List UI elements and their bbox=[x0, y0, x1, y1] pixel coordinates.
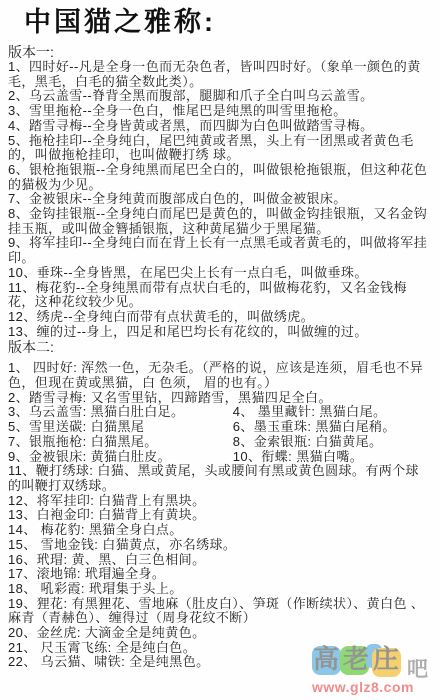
version1-section: 版本一: 1、四时好--凡是全身一色而无杂色者，皆叫四时好。（象单一颜色的黄毛，… bbox=[8, 44, 432, 339]
list-item: 13、缠的过--身上，四足和尾巴均长有花纹的，叫做缠的过。 bbox=[8, 325, 432, 340]
list-item: 3、乌云盖雪: 黑猫白肚白足。 bbox=[8, 405, 233, 420]
list-item-pair: 9、金被银床: 黄猫白肚皮。 10、衔蝶: 黑猫白嘴。 bbox=[8, 450, 432, 465]
list-item: 4、 墨里藏针: 黑猫白尾。 bbox=[233, 405, 432, 420]
list-item: 14、 梅花豹: 黑猫全身白点。 bbox=[8, 523, 432, 538]
watermark-logo-char: 庄 bbox=[373, 644, 403, 674]
list-item: 11、梅花豹--全身纯黑而带有点状白毛的，叫做梅花豹，又名金钱梅花，这种花纹较少… bbox=[8, 281, 432, 310]
list-item-pair: 5、雪里送碳: 白猫黑尾 6、墨玉重珠: 黑猫白尾稍。 bbox=[8, 420, 432, 435]
list-item: 11、鞭打绣球: 白猫、黑或黄尾，头或腰间有黑或黄色圆球。有两个球的叫鞭打双绣球… bbox=[8, 464, 432, 493]
watermark-logo-char: 高 bbox=[313, 644, 343, 674]
list-item: 12、绣虎--全身纯白而带有点状黄毛的，叫做绣虎。 bbox=[8, 310, 432, 325]
list-item: 13、白袍金印: 白猫背上有黄块。 bbox=[8, 508, 432, 523]
list-item: 4、踏雪寻梅--全身皆黄或者黑，而四脚为白色叫做踏雪寻梅。 bbox=[8, 119, 432, 134]
list-item: 1、 四时好: 浑然一色，无杂毛。（严格的说，应该是连须，眉毛也不异色，但现在黄… bbox=[8, 361, 432, 390]
list-item: 7、银瓶拖枪: 白猫黑尾。 bbox=[8, 435, 233, 450]
version1-heading: 版本一: bbox=[8, 44, 432, 60]
list-item: 2、踏雪寻梅: 又名雪里钻，四蹄踏雪，黑猫四足全白。 bbox=[8, 391, 432, 406]
list-item: 17、滚地锦: 玳瑁遍全身。 bbox=[8, 567, 432, 582]
list-item: 18、 吼彩霞: 玳瑁集于头上。 bbox=[8, 582, 432, 597]
site-watermark: 高老庄 吧 www.glz8.com bbox=[312, 643, 436, 697]
list-item: 6、墨玉重珠: 黑猫白尾稍。 bbox=[233, 420, 432, 435]
list-item: 3、雪里拖枪--全身一色白，惟尾巴是纯黑的叫雪里拖枪。 bbox=[8, 104, 432, 119]
watermark-logo-text: 高老庄 bbox=[313, 644, 403, 674]
list-item: 6、银枪拖银瓶--全身纯黑而尾巴全白的，叫做银枪拖银瓶，但这种花色的猫极为少见。 bbox=[8, 163, 432, 192]
list-item: 8、金索银瓶: 白猫黄尾。 bbox=[233, 435, 432, 450]
list-item: 10、衔蝶: 黑猫白嘴。 bbox=[233, 450, 432, 465]
version2-section: 版本二: 1、 四时好: 浑然一色，无杂毛。（严格的说，应该是连须，眉毛也不异色… bbox=[8, 339, 432, 670]
list-item: 12、将军挂印: 白猫背上有黑块。 bbox=[8, 494, 432, 509]
list-item: 8、金钩挂银瓶--全身纯白而尾巴是黄色的，叫做金钩挂银瓶，又名金钩挂玉瓶，或叫做… bbox=[8, 207, 432, 236]
list-item: 19、狸花: 有黑狸花、雪地麻（肚皮白）、笋斑（作断续状）、黄白色 、麻青（青赫… bbox=[8, 597, 432, 626]
list-item: 1、四时好--凡是全身一色而无杂色者，皆叫四时好。（象单一颜色的黄毛，黑毛，白毛… bbox=[8, 60, 432, 89]
list-item: 9、金被银床: 黄猫白肚皮。 bbox=[8, 450, 233, 465]
watermark-logo-char: 老 bbox=[343, 644, 373, 674]
list-item: 7、金被银床--全身纯黄而腹部成白色的，叫做金被银床。 bbox=[8, 192, 432, 207]
list-item-pair: 7、银瓶拖枪: 白猫黑尾。 8、金索银瓶: 白猫黄尾。 bbox=[8, 435, 432, 450]
list-item: 10、垂珠--全身皆黑，在尾巴尖上长有一点白毛，叫做垂珠。 bbox=[8, 266, 432, 281]
list-item: 15、 雪地金钱: 白猫黄点，亦名绣球。 bbox=[8, 538, 432, 553]
list-item: 20、金丝虎: 大滴金全是纯黄色。 bbox=[8, 626, 432, 641]
list-item: 5、雪里送碳: 白猫黑尾 bbox=[8, 420, 233, 435]
list-item: 9、将军挂印--全身纯白而在背上长有一点黑毛或者黄毛的，叫做将军挂印。 bbox=[8, 236, 432, 265]
list-item-pair: 3、乌云盖雪: 黑猫白肚白足。 4、 墨里藏针: 黑猫白尾。 bbox=[8, 405, 432, 420]
list-item: 16、玳瑁: 黄、黑、白三色相间。 bbox=[8, 553, 432, 568]
list-item: 2、乌云盖雪--脊背全黑而腹部，腿脚和爪子全白叫乌云盖雪。 bbox=[8, 89, 432, 104]
version2-heading: 版本二: bbox=[8, 339, 432, 355]
list-item: 5、拖枪挂印--全身纯白，尾巴纯黄或者黑，头上有一团黑或者黄色毛的，叫做拖枪挂印… bbox=[8, 134, 432, 163]
page-title: 中国猫之雅称: bbox=[24, 6, 432, 38]
document-page: 中国猫之雅称: 版本一: 1、四时好--凡是全身一色而无杂色者，皆叫四时好。（象… bbox=[0, 0, 440, 700]
watermark-url: www.glz8.com bbox=[312, 679, 414, 695]
